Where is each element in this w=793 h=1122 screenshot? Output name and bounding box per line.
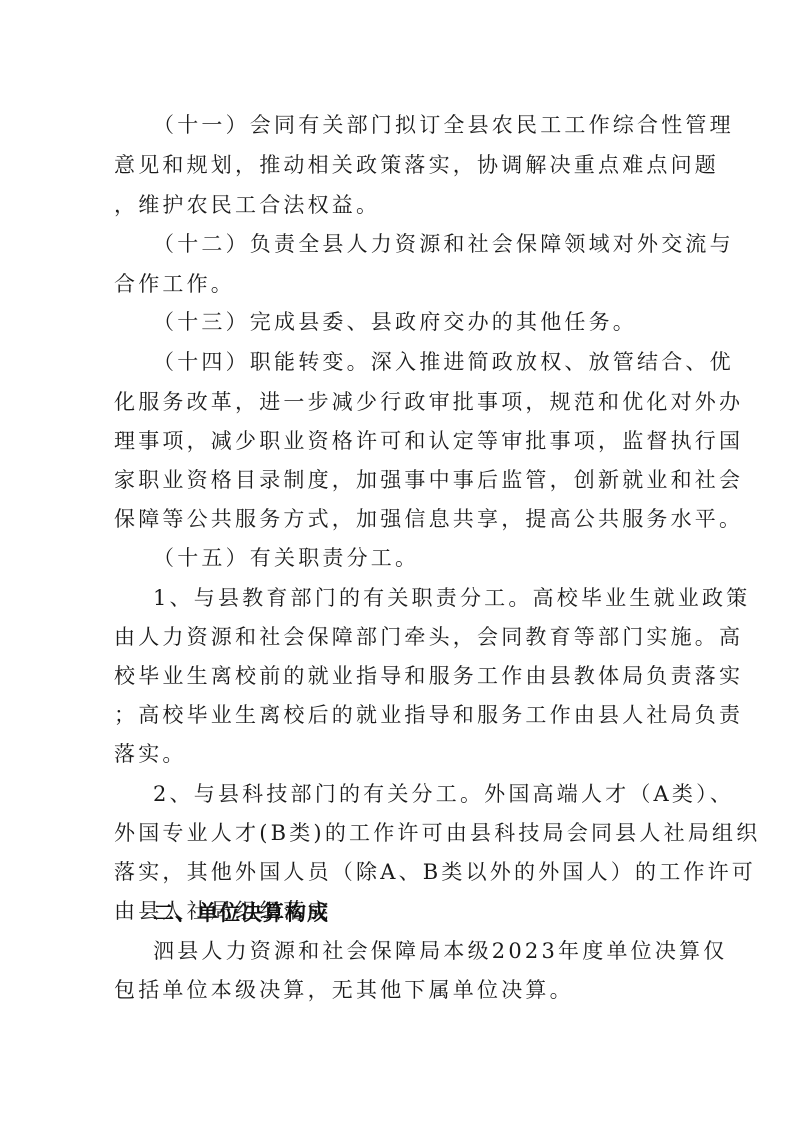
paragraph-line: 由人力资源和社会保障部门牵头，会同教育等部门实施。高	[114, 624, 743, 650]
paragraph-line: 校毕业生离校前的就业指导和服务工作由县教体局负责落实	[114, 663, 743, 689]
paragraph-line: 保障等公共服务方式，加强信息共享，提高公共服务水平。	[114, 506, 743, 532]
paragraph-line: ；高校毕业生离校后的就业指导和服务工作由县人社局负责	[114, 702, 743, 728]
paragraph-line: （十四）职能转变。深入推进简政放权、放管结合、优	[153, 349, 734, 375]
paragraph-line: 落实，其他外国人员（除A、B类以外的外国人）的工作许可	[114, 859, 756, 885]
paragraph-line: 合作工作。	[114, 271, 235, 297]
paragraph-line: 2、与县科技部门的有关分工。外国高端人才（A类）、	[153, 781, 734, 807]
paragraph-line: （十五）有关职责分工。	[153, 545, 419, 571]
paragraph-line: 意见和规划，推动相关政策落实，协调解决重点难点问题	[114, 152, 719, 178]
section-body-line: 包括单位本级决算，无其他下属单位决算。	[114, 977, 574, 1003]
paragraph-line: （十二）负责全县人力资源和社会保障领域对外交流与	[153, 231, 734, 257]
paragraph-line: 理事项，减少职业资格许可和认定等审批事项，监督执行国	[114, 428, 743, 454]
paragraph-line: 1、与县教育部门的有关职责分工。高校毕业生就业政策	[153, 585, 750, 611]
paragraph-line: 家职业资格目录制度，加强事中事后监管，创新就业和社会	[114, 467, 743, 493]
section-body-line: 泗县人力资源和社会保障局本级2023年度单位决算仅	[153, 938, 727, 964]
section-heading: 二、单位决算构成	[153, 900, 329, 926]
paragraph-line: 落实。	[114, 741, 187, 767]
paragraph-line: 外国专业人才(B类)的工作许可由县科技局会同县人社局组织	[114, 820, 760, 846]
document-page: （十一）会同有关部门拟订全县农民工工作综合性管理 意见和规划，推动相关政策落实，…	[0, 0, 793, 1122]
paragraph-line: 化服务改革，进一步减少行政审批事项，规范和优化对外办	[114, 389, 743, 415]
paragraph-line: ，维护农民工合法权益。	[114, 192, 380, 218]
paragraph-line: （十三）完成县委、县政府交办的其他任务。	[153, 309, 637, 335]
paragraph-line: （十一）会同有关部门拟订全县农民工工作综合性管理	[153, 112, 734, 138]
